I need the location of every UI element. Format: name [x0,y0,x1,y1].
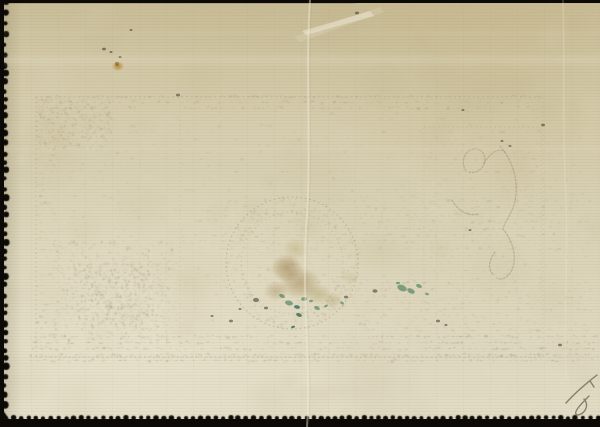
foxing-speck [102,48,106,51]
marks-overlay [0,0,600,427]
foxing-speck [211,315,214,317]
foxing-speck [541,124,545,127]
foxing-speck [436,320,440,323]
green-ink-speck [396,283,408,293]
foxing-speck [229,320,233,323]
foxing-speck [462,109,465,111]
stain-khaki [341,271,359,285]
horizontal-crease-band [4,144,600,154]
green-ink-speck [296,312,303,318]
foxing-speck [264,307,268,310]
pencil-mark [566,375,597,415]
stain-brown [264,281,288,301]
foxing-speck [445,324,448,326]
horizontal-crease-band [4,368,600,378]
horizontal-crease-band [4,52,600,68]
green-ink-speck [291,325,296,329]
foxing-speck [344,296,348,299]
foxing-speck [239,308,242,310]
foxing-speck [501,140,504,142]
left-crease [150,245,151,340]
green-ink-speck [406,287,415,295]
ghost-figure-outline [497,146,516,279]
green-ink-speck [285,300,294,306]
foxing-speck [373,289,378,293]
green-ink-speck [294,305,300,309]
stain-khaki [350,232,410,272]
ghost-figure-outline [490,252,495,275]
foxing-speck [558,344,562,347]
green-ink-speck [396,282,400,285]
foxing-speck [355,12,359,15]
stain-khaki [290,380,370,404]
green-ink-speck [425,292,430,296]
green-ink-speck [416,283,423,289]
foxing-speck [469,229,472,231]
ghost-figure-outline [452,200,478,215]
foxing-speck [253,298,259,302]
foxing-speck [176,94,180,97]
banknote-photo [0,0,600,427]
